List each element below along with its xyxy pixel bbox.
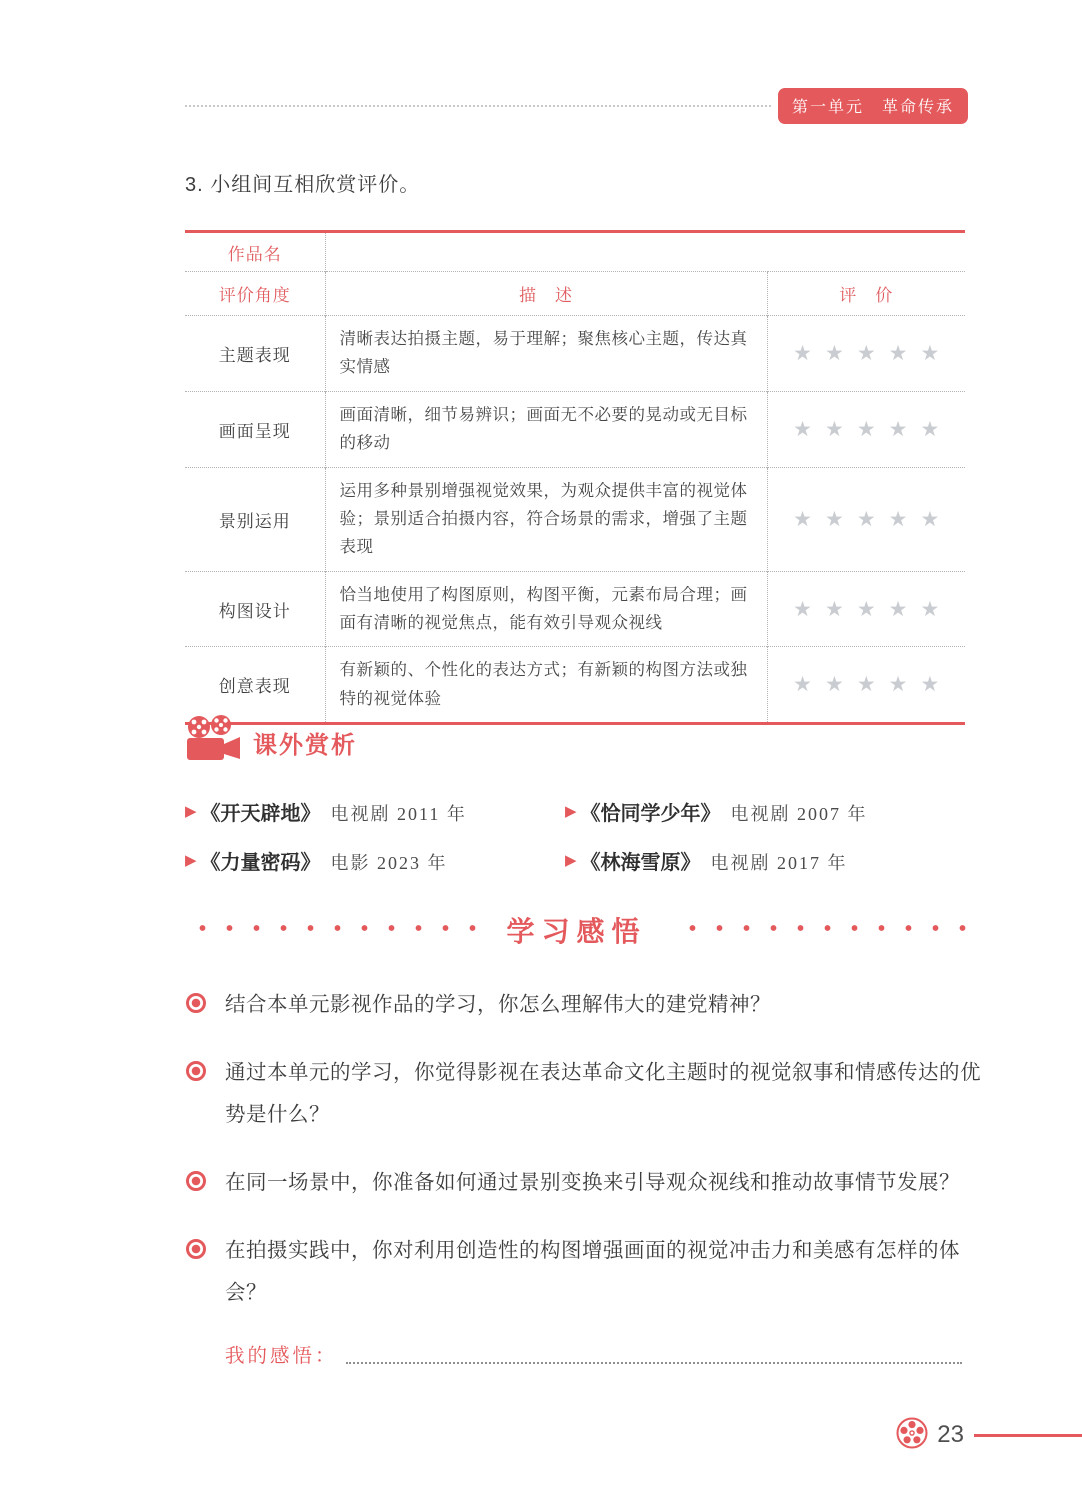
- my-note-label: 我的感悟：: [225, 1340, 338, 1368]
- dot-band-left: [185, 914, 479, 947]
- work-meta: 电视剧 2017 年: [711, 849, 848, 875]
- col-header-angle: 评价角度: [185, 272, 325, 316]
- question-item: 结合本单元影视作品的学习，你怎么理解伟大的建党精神？: [186, 984, 986, 1026]
- question-item: 在拍摄实践中，你对利用创造性的构图增强画面的视觉冲击力和美感有怎样的体会？: [186, 1230, 986, 1314]
- star-rating[interactable]: ★★★★★: [767, 391, 965, 467]
- extracurricular-section: 课外赏析 ▶ 《开天辟地》 电视剧 2011 年 ▶ 《恰同学少年》 电视剧 2…: [185, 714, 965, 875]
- star-rating[interactable]: ★★★★★: [767, 316, 965, 392]
- extracurricular-title: 课外赏析: [253, 725, 357, 760]
- header-dotted-rule: [185, 105, 771, 107]
- star-rating[interactable]: ★★★★★: [767, 571, 965, 647]
- angle-label: 景别运用: [185, 467, 325, 571]
- triangle-bullet-icon: ▶: [565, 851, 577, 870]
- work-meta: 电视剧 2007 年: [731, 800, 868, 826]
- angle-description: 清晰表达拍摄主题，易于理解；聚焦核心主题，传达真实情感: [325, 316, 767, 392]
- table-row: 景别运用 运用多种景别增强视觉效果，为观众提供丰富的视觉体验；景别适合拍摄内容，…: [185, 467, 965, 571]
- extracurricular-list: ▶ 《开天辟地》 电视剧 2011 年 ▶ 《恰同学少年》 电视剧 2007 年…: [185, 797, 965, 875]
- work-meta: 电影 2023 年: [331, 849, 448, 875]
- col-header-description: 描 述: [325, 272, 767, 316]
- list-item: ▶ 《力量密码》 电影 2023 年: [185, 846, 565, 875]
- table-row: 创意表现 有新颖的、个性化的表达方式；有新颖的构图方法或独特的视觉体验 ★★★★…: [185, 647, 965, 724]
- work-title: 《力量密码》: [201, 846, 321, 875]
- my-note-row: 我的感悟：: [225, 1340, 962, 1368]
- evaluation-table: 作品名 评价角度 描 述 评 价 主题表现 清晰表达拍摄主题，易于理解；聚焦核心…: [185, 230, 965, 725]
- projector-icon: [185, 714, 241, 771]
- question-text: 结合本单元影视作品的学习，你怎么理解伟大的建党精神？: [225, 984, 771, 1026]
- work-title: 《恰同学少年》: [581, 797, 721, 826]
- angle-description: 恰当地使用了构图原则，构图平衡，元素布局合理；画面有清晰的视觉焦点，能有效引导观…: [325, 571, 767, 647]
- reflection-title: 学习感悟: [507, 910, 647, 950]
- angle-description: 画面清晰，细节易辨识；画面无不必要的晃动或无目标的移动: [325, 391, 767, 467]
- target-bullet-icon: [186, 1171, 206, 1191]
- star-rating[interactable]: ★★★★★: [767, 647, 965, 724]
- section-heading: 3. 小组间互相欣赏评价。: [185, 168, 420, 197]
- angle-label: 画面呈现: [185, 391, 325, 467]
- target-bullet-icon: [186, 1239, 206, 1259]
- question-item: 在同一场景中，你准备如何通过景别变换来引导观众视线和推动故事情节发展？: [186, 1162, 986, 1204]
- star-rating[interactable]: ★★★★★: [767, 467, 965, 571]
- angle-label: 主题表现: [185, 316, 325, 392]
- page-header: 第一单元 革命传承: [185, 88, 968, 124]
- work-name-label: 作品名: [185, 232, 325, 272]
- work-name-write-in-cell[interactable]: [325, 232, 965, 272]
- question-text: 在拍摄实践中，你对利用创造性的构图增强画面的视觉冲击力和美感有怎样的体会？: [225, 1230, 986, 1314]
- list-item: ▶ 《恰同学少年》 电视剧 2007 年: [565, 797, 965, 826]
- angle-description: 有新颖的、个性化的表达方式；有新颖的构图方法或独特的视觉体验: [325, 647, 767, 724]
- triangle-bullet-icon: ▶: [565, 802, 577, 821]
- list-item: ▶ 《林海雪原》 电视剧 2017 年: [565, 846, 965, 875]
- question-text: 通过本单元的学习，你觉得影视在表达革命文化主题时的视觉叙事和情感传达的优势是什么…: [225, 1052, 986, 1136]
- question-item: 通过本单元的学习，你觉得影视在表达革命文化主题时的视觉叙事和情感传达的优势是什么…: [186, 1052, 986, 1136]
- target-bullet-icon: [186, 1061, 206, 1081]
- triangle-bullet-icon: ▶: [185, 802, 197, 821]
- dot-band-right: [675, 914, 969, 947]
- table-row: 构图设计 恰当地使用了构图原则，构图平衡，元素布局合理；画面有清晰的视觉焦点，能…: [185, 571, 965, 647]
- unit-badge: 第一单元 革命传承: [778, 88, 968, 124]
- angle-label: 构图设计: [185, 571, 325, 647]
- page-number: 23: [937, 1421, 964, 1449]
- angle-label: 创意表现: [185, 647, 325, 724]
- triangle-bullet-icon: ▶: [185, 851, 197, 870]
- question-text: 在同一场景中，你准备如何通过景别变换来引导观众视线和推动故事情节发展？: [225, 1162, 960, 1204]
- page-footer: 23: [185, 1412, 1082, 1458]
- col-header-rating: 评 价: [767, 272, 965, 316]
- reflection-banner: 学习感悟: [185, 910, 968, 950]
- film-reel-icon: [895, 1416, 929, 1455]
- list-item: ▶ 《开天辟地》 电视剧 2011 年: [185, 797, 565, 826]
- table-row: 画面呈现 画面清晰，细节易辨识；画面无不必要的晃动或无目标的移动 ★★★★★: [185, 391, 965, 467]
- table-row: 作品名: [185, 232, 965, 272]
- my-note-write-line[interactable]: [346, 1362, 962, 1364]
- work-title: 《林海雪原》: [581, 846, 701, 875]
- table-header-row: 评价角度 描 述 评 价: [185, 272, 965, 316]
- work-title: 《开天辟地》: [201, 797, 321, 826]
- footer-red-rule: [974, 1434, 1082, 1437]
- target-bullet-icon: [186, 993, 206, 1013]
- table-row: 主题表现 清晰表达拍摄主题，易于理解；聚焦核心主题，传达真实情感 ★★★★★: [185, 316, 965, 392]
- work-meta: 电视剧 2011 年: [331, 800, 467, 826]
- angle-description: 运用多种景别增强视觉效果，为观众提供丰富的视觉体验；景别适合拍摄内容，符合场景的…: [325, 467, 767, 571]
- reflection-questions: 结合本单元影视作品的学习，你怎么理解伟大的建党精神？ 通过本单元的学习，你觉得影…: [186, 984, 986, 1368]
